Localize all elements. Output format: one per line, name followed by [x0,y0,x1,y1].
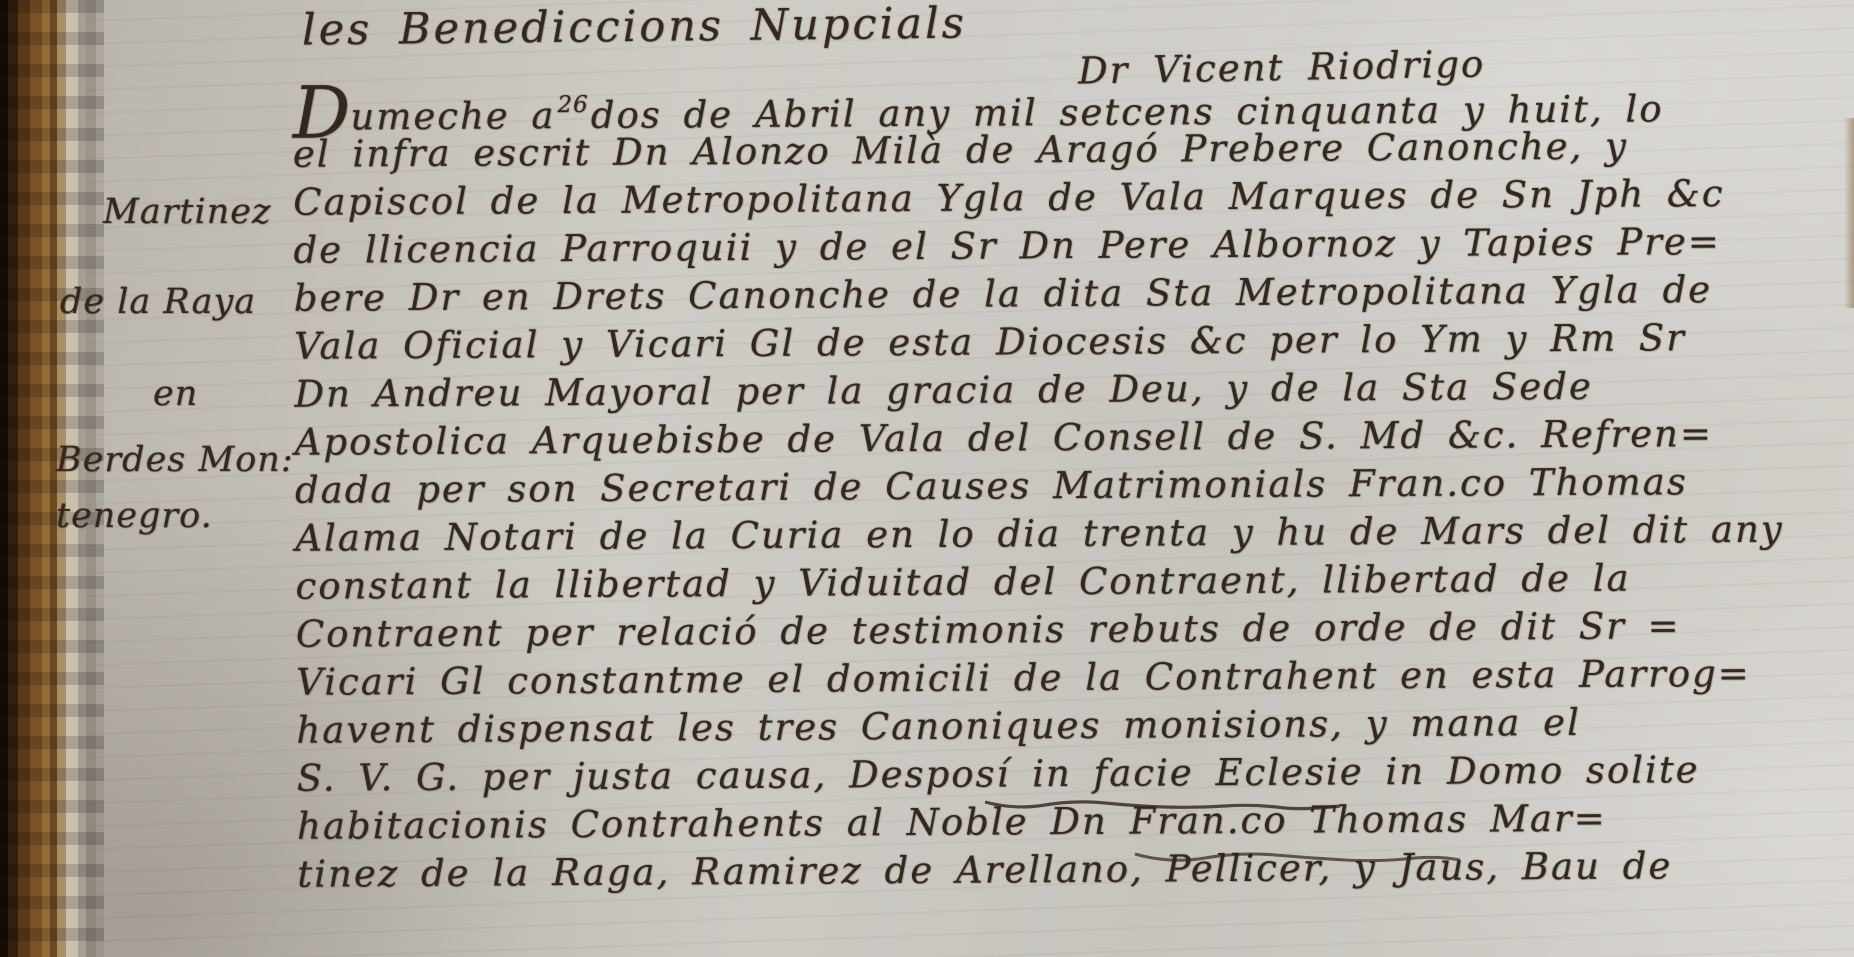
heading-benediccions: les Benediccions Nupcials [302,0,967,55]
margin-note-line: Martinez [103,192,271,232]
record-line: S. V. G. per justa causa, Desposí in fac… [297,745,1852,802]
margin-note-line: en [153,374,198,414]
record-line: tinez de la Raga, Ramirez de Arellano, P… [297,841,1852,898]
interlineation: 26 [557,92,588,118]
record-body: Dumeche a26dos de Abril any mil setcens … [293,73,1853,898]
record-line: Vicari Gl constantme el domicili de la C… [296,649,1851,706]
manuscript-photo: les Benediccions Nupcials Dr Vicent Riod… [0,0,1854,957]
record-line: Vala Oficial y Vicari Gl de esta Diocesi… [294,313,1849,370]
margin-note-line: Berdes Mon: [56,440,294,480]
margin-note-line: tenegro. [56,496,213,536]
margin-note-line: de la Raya [60,282,256,322]
